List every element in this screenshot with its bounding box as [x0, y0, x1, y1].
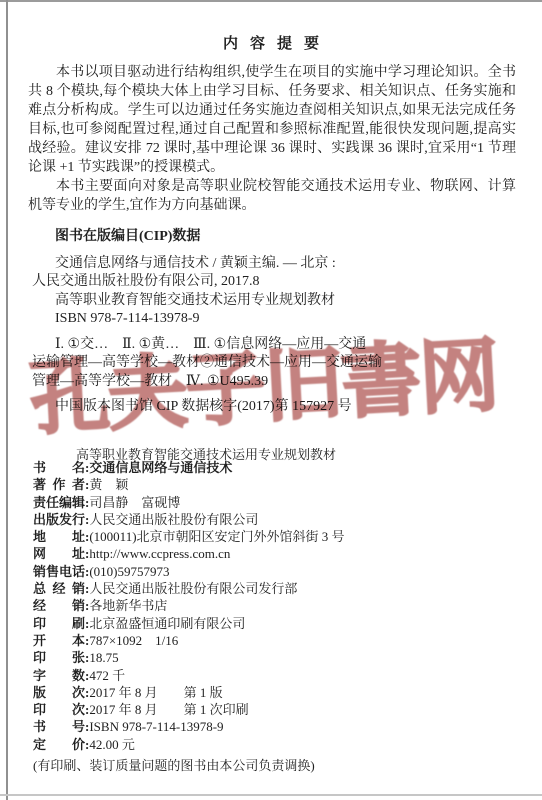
summary-paragraph-2: 本书主要面向对象是高等职业院校智能交通技术运用专业、物联网、计算机等专业的学生,…	[28, 177, 516, 215]
colophon-row-book-title: 书名:交通信息网络与通信技术	[33, 459, 519, 476]
colophon: 书名:交通信息网络与通信技术 著作者:黄 颖 责任编辑:司昌静 富砚博 出版发行…	[33, 459, 519, 774]
colophon-row-isbn: 书号:ISBN 978-7-114-13978-9	[33, 718, 519, 735]
field-label: 销售电话	[33, 563, 85, 580]
field-label: 版次	[33, 684, 85, 701]
field-value: 42.00 元	[89, 737, 135, 752]
field-label: 定价	[33, 736, 85, 753]
scan-edge-top	[0, 0, 542, 2]
field-label: 书号	[33, 718, 85, 735]
cip-record-number: 中国版本图书馆 CIP 数据核字(2017)第 157927 号	[32, 398, 512, 417]
field-value: ISBN 978-7-114-13978-9	[89, 719, 223, 734]
field-value: 2017 年 8 月 第 1 版	[89, 685, 222, 700]
field-label: 字数	[33, 667, 85, 684]
content-summary-title: 内容提要	[0, 32, 542, 53]
field-value: 司昌静 富砚博	[89, 495, 180, 510]
field-label: 著作者	[33, 476, 85, 493]
field-value: 787×1092 1/16	[89, 633, 178, 648]
field-value: 人民交通出版社股份有限公司发行部	[89, 581, 297, 596]
colophon-row-impression: 印次:2017 年 8 月 第 1 次印刷	[33, 701, 519, 718]
field-label: 印张	[33, 649, 85, 666]
colophon-row-author: 著作者:黄 颖	[33, 476, 519, 493]
field-label: 印次	[33, 701, 85, 718]
field-label: 责任编辑	[33, 494, 85, 511]
colophon-row-general-distributor: 总经销:人民交通出版社股份有限公司发行部	[33, 580, 519, 597]
field-label: 出版发行	[33, 511, 85, 528]
colophon-row-website: 网址:http://www.ccpress.com.cn	[33, 545, 519, 562]
field-value: (010)59757973	[89, 564, 169, 579]
field-value: 472 千	[89, 668, 125, 683]
field-value: 18.75	[89, 650, 118, 665]
field-value: 交通信息网络与通信技术	[89, 460, 232, 475]
cip-section: 图书在版编目(CIP)数据 交通信息网络与通信技术 / 黄颖主编. — 北京 :…	[32, 228, 512, 417]
content-summary: 本书以项目驱动进行结构组织,使学生在项目的实施中学习理论知识。全书共 8 个模块…	[28, 63, 516, 215]
scan-edge-bottom	[0, 794, 542, 796]
colophon-row-address: 地址:(100011)北京市朝阳区安定门外外馆斜街 3 号	[33, 528, 519, 545]
field-value: http://www.ccpress.com.cn	[89, 546, 230, 561]
colophon-row-distributor: 经销:各地新华书店	[33, 597, 519, 614]
cip-isbn-line: ISBN 978-7-114-13978-9	[32, 310, 512, 329]
colophon-row-sheets: 印张:18.75	[33, 649, 519, 666]
colophon-row-publisher: 出版发行:人民交通出版社股份有限公司	[33, 511, 519, 528]
colophon-row-printer: 印刷:北京盈盛恒通印刷有限公司	[33, 615, 519, 632]
colophon-row-edition: 版次:2017 年 8 月 第 1 版	[33, 684, 519, 701]
field-label: 网址	[33, 545, 85, 562]
colophon-row-editor: 责任编辑:司昌静 富砚博	[33, 494, 519, 511]
cip-publisher-line: 人民交通出版社股份有限公司, 2017.8	[32, 273, 512, 292]
field-value: 人民交通出版社股份有限公司	[89, 512, 258, 527]
field-label: 印刷	[33, 615, 85, 632]
scan-edge-left	[6, 0, 8, 800]
field-value: 2017 年 8 月 第 1 次印刷	[89, 702, 248, 717]
cip-classification-line-3: 管理—高等学校—教材 Ⅳ. ①U495.39	[32, 373, 512, 392]
quality-exchange-note: (有印刷、装订质量问题的图书由本公司负责调换)	[33, 755, 519, 774]
colophon-row-price: 定价:42.00 元	[33, 736, 519, 753]
colophon-row-sales-phone: 销售电话:(010)59757973	[33, 563, 519, 580]
field-label: 书名	[33, 459, 85, 476]
field-value: 北京盈盛恒通印刷有限公司	[89, 616, 245, 631]
book-copyright-page: 内容提要 本书以项目驱动进行结构组织,使学生在项目的实施中学习理论知识。全书共 …	[0, 0, 542, 800]
colophon-row-format: 开本:787×1092 1/16	[33, 632, 519, 649]
field-label: 开本	[33, 632, 85, 649]
summary-paragraph-1: 本书以项目驱动进行结构组织,使学生在项目的实施中学习理论知识。全书共 8 个模块…	[28, 63, 516, 177]
field-label: 地址	[33, 528, 85, 545]
cip-classification-line-2: 运输管理—高等学校—教材②通信技术—应用—交通运输	[32, 354, 512, 373]
cip-heading: 图书在版编目(CIP)数据	[32, 228, 512, 247]
cip-title-line: 交通信息网络与通信技术 / 黄颖主编. — 北京 :	[32, 255, 512, 274]
field-label: 经销	[33, 597, 85, 614]
cip-series-line: 高等职业教育智能交通技术运用专业规划教材	[32, 292, 512, 311]
cip-classification-line-1: Ⅰ. ①交… Ⅱ. ①黄… Ⅲ. ①信息网络—应用—交通	[32, 336, 512, 355]
colophon-row-word-count: 字数:472 千	[33, 667, 519, 684]
field-value: 各地新华书店	[89, 598, 167, 613]
field-value: (100011)北京市朝阳区安定门外外馆斜街 3 号	[89, 529, 344, 544]
field-label: 总经销	[33, 580, 85, 597]
field-value: 黄 颖	[89, 477, 128, 492]
